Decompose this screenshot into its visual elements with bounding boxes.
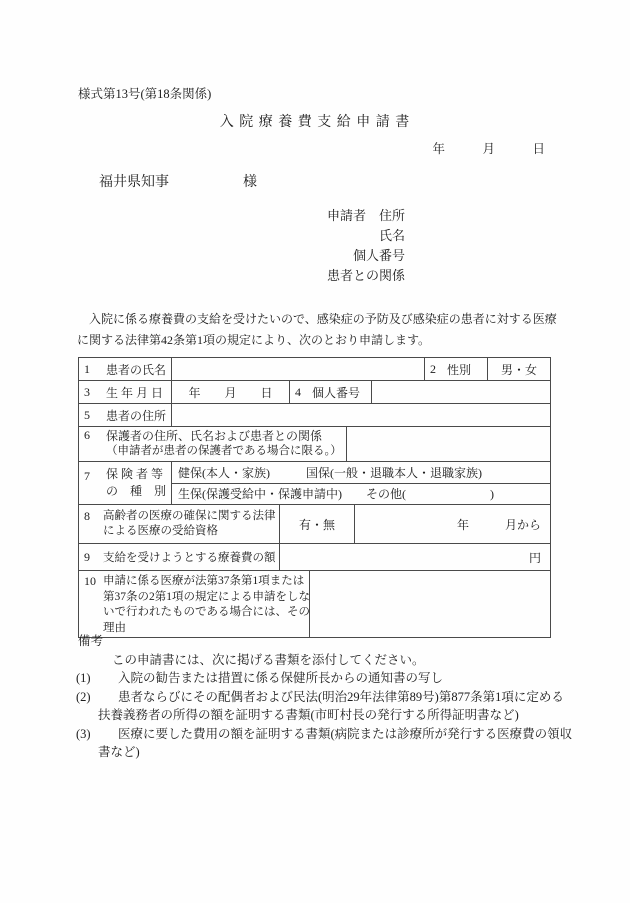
reason-label-line-1: 申請に係る医療が法第37条第1項または (103, 574, 309, 590)
notes-intro: この申請書には、次に掲げる書類を添付してください。 (112, 651, 576, 670)
page-title: 入 院 療 養 費 支 給 申 請 書 (0, 111, 630, 131)
benefit-amount-label-cell: 9 支給を受けようとする療養費の額 (79, 544, 279, 570)
birthdate-input-area: 年 月 日 (171, 381, 289, 403)
table-row-elderly-medical: 8 高齢者の医療の確保に関する法律 による医療の受給資格 有・無 年 月から (79, 504, 550, 543)
patient-name-label-cell: 1 患者の氏名 (79, 358, 171, 380)
table-row-patient-name-sex: 1 患者の氏名 2 性別 男・女 (79, 358, 550, 380)
intro-paragraph: 入院に係る療養費の支給を受けたいので、感染症の予防及び感染症の患者に対する医療 … (77, 309, 557, 351)
elderly-medical-label-line-2: による医療の受給資格 (103, 524, 276, 540)
note-1-line-1: 入院の勧告または措置に係る保健所長からの通知書の写し (118, 669, 443, 688)
table-row-birthdate-number: 3 生 年 月 日 年 月 日 4 個人番号 (79, 380, 550, 403)
reason-label-line-2: 第37条の2第1項の規定による申請をしな (103, 590, 309, 606)
applicant-field-name: 氏名 (327, 226, 405, 246)
birthdate-label-cell: 3 生 年 月 日 (79, 381, 171, 403)
insurer-options-column: 健保(本人・家族) 国保(一般・退職本人・退職家族) 生保(保護受給中・保護申請… (171, 462, 550, 504)
elderly-medical-label-cell: 8 高齢者の医療の確保に関する法律 による医療の受給資格 (79, 505, 279, 543)
application-table: 1 患者の氏名 2 性別 男・女 3 生 年 月 日 年 月 日 4 個人番号 (78, 357, 551, 638)
benefit-amount-input-area: 円 (279, 544, 550, 570)
patient-address-input-area (171, 404, 550, 426)
guardian-label-cell: 6 保護者の住所、氏名および患者との関係 （申請者が患者の保護者である場合に限る… (79, 427, 346, 461)
sex-label-cell: 2 性別 (424, 358, 487, 380)
applicant-field-address: 住所 (379, 206, 405, 226)
insurer-options-top: 健保(本人・家族) 国保(一般・退職本人・退職家族) (172, 462, 550, 483)
reason-input-area (309, 571, 550, 637)
notes-heading: 備考 (78, 632, 576, 651)
note-text: 入院の勧告または措置に係る保健所長からの通知書の写し (118, 669, 443, 688)
addressee-honorific: 様 (243, 175, 257, 190)
insurer-type-label-line-1: 保 険 者 等 (106, 466, 166, 483)
applicant-field-personal-number: 個人番号 (327, 246, 405, 266)
applicant-block: 申請者 住所 氏名 個人番号 患者との関係 (327, 206, 405, 286)
applicant-field-relation: 患者との関係 (327, 266, 405, 286)
intro-line-1: 入院に係る療養費の支給を受けたいので、感染症の予防及び感染症の患者に対する医療 (77, 309, 557, 330)
row-number: 1 (84, 362, 99, 377)
patient-address-label-cell: 5 患者の住所 (79, 404, 171, 426)
applicant-label: 申請者 (327, 206, 366, 226)
guardian-label-line-2: （申請者が患者の保護者である場合に限る。） (106, 444, 342, 460)
personal-number-input-area (371, 381, 550, 403)
benefit-amount-label: 支給を受けようとする療養費の額 (103, 549, 276, 565)
sex-options-cell: 男・女 (487, 358, 550, 380)
insurer-options-bottom: 生保(保護受給中・保護申請中) その他( ) (172, 483, 550, 505)
patient-name-input-area (171, 358, 424, 380)
reason-label-line-3: いで行われたものである場合には、その (103, 605, 309, 621)
patient-address-label: 患者の住所 (106, 407, 166, 424)
note-3-line-2: 書など) (98, 743, 572, 762)
insurer-type-label-cell: 7 保 険 者 等 の 種 別 (79, 462, 171, 504)
table-row-insurer-type: 7 保 険 者 等 の 種 別 健保(本人・家族) 国保(一般・退職本人・退職家… (79, 461, 550, 504)
elderly-medical-choice-cell: 有・無 (279, 505, 354, 543)
birthdate-label: 生 年 月 日 (106, 384, 163, 401)
personal-number-label-cell: 4 個人番号 (289, 381, 371, 403)
elderly-medical-label-line-1: 高齢者の医療の確保に関する法律 (103, 509, 276, 525)
intro-line-2: に関する法律第42条第1項の規定により、次のとおり申請します。 (77, 330, 557, 351)
note-item-2: (2) 患者ならびにその配偶者および民法(明治29年法律第89号)第877条第1… (76, 688, 576, 725)
note-number: (1) (76, 669, 118, 688)
applicant-address-row: 申請者 住所 (327, 206, 405, 226)
personal-number-label: 個人番号 (312, 384, 360, 401)
addressee-line: 福井県知事様 (99, 171, 257, 191)
patient-name-label: 患者の氏名 (106, 361, 166, 378)
note-2-line-1: 患者ならびにその配偶者および民法(明治29年法律第89号)第877条第1項に定め… (118, 688, 564, 707)
table-row-guardian: 6 保護者の住所、氏名および患者との関係 （申請者が患者の保護者である場合に限る… (79, 426, 550, 461)
addressee-name: 福井県知事 (99, 175, 169, 190)
row-number: 5 (84, 408, 99, 423)
table-row-reason: 10 申請に係る医療が法第37条第1項または 第37条の2第1項の規定による申請… (79, 570, 550, 637)
guardian-input-area (346, 427, 550, 461)
insurer-type-label-line-2: の 種 別 (106, 483, 166, 500)
row-number: 8 (84, 509, 99, 524)
table-row-patient-address: 5 患者の住所 (79, 403, 550, 426)
date-line: 年 月 日 (432, 139, 545, 157)
guardian-label-line-1: 保護者の住所、氏名および患者との関係 (106, 429, 342, 445)
sex-label: 性別 (447, 361, 471, 378)
row-number: 7 (84, 469, 99, 484)
reason-label-cell: 10 申請に係る医療が法第37条第1項または 第37条の2第1項の規定による申請… (79, 571, 309, 637)
row-number: 4 (295, 385, 307, 400)
elderly-medical-period-cell: 年 月から (354, 505, 550, 543)
note-text: 医療に要した費用の額を証明する書類(病院または診療所が発行する医療費の領収 書な… (118, 725, 572, 762)
application-form-page: 様式第13号(第18条関係) 入 院 療 養 費 支 給 申 請 書 年 月 日… (0, 0, 630, 903)
note-item-3: (3) 医療に要した費用の額を証明する書類(病院または診療所が発行する医療費の領… (76, 725, 576, 762)
row-number: 10 (84, 574, 99, 589)
notes-section: 備考 この申請書には、次に掲げる書類を添付してください。 (1) 入院の勧告また… (76, 632, 576, 762)
row-number: 3 (84, 385, 99, 400)
table-row-benefit-amount: 9 支給を受けようとする療養費の額 円 (79, 543, 550, 570)
row-number: 6 (84, 428, 99, 443)
note-item-1: (1) 入院の勧告または措置に係る保健所長からの通知書の写し (76, 669, 576, 688)
note-3-line-1: 医療に要した費用の額を証明する書類(病院または診療所が発行する医療費の領収 (118, 725, 572, 744)
note-text: 患者ならびにその配偶者および民法(明治29年法律第89号)第877条第1項に定め… (118, 688, 564, 725)
row-number: 9 (84, 550, 99, 565)
form-number: 様式第13号(第18条関係) (78, 84, 211, 102)
row-number: 2 (430, 362, 442, 377)
note-2-line-2: 扶養義務者の所得の額を証明する書類(市町村長の発行する所得証明書など) (98, 706, 564, 725)
